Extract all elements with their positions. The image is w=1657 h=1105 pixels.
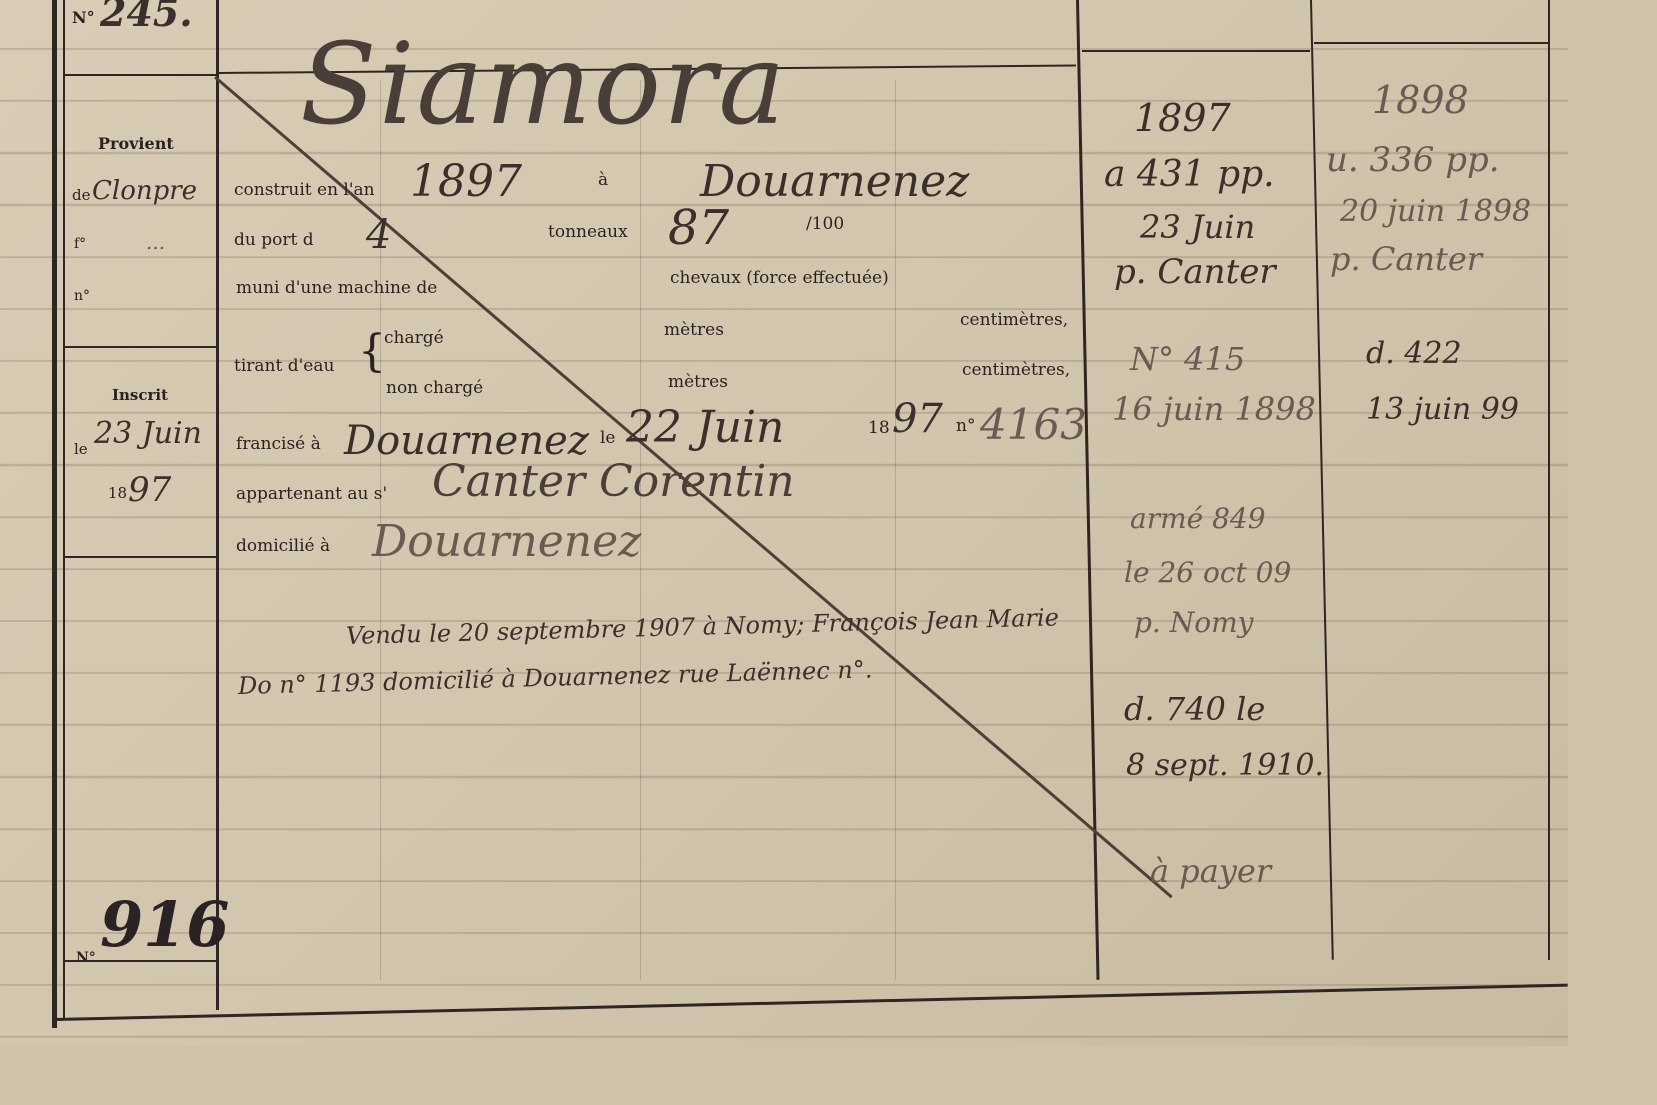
col1897-line9: d. 740 le xyxy=(1124,690,1265,728)
brace-icon: { xyxy=(358,326,386,377)
col1898-line4: d. 422 xyxy=(1366,336,1462,371)
construit-place: Douarnenez xyxy=(700,156,969,207)
francise-date: 22 Juin xyxy=(626,402,784,453)
chevaux-label: chevaux (force effectuée) xyxy=(670,268,889,288)
sale-note-line-2: Do n° 1193 domicilié à Douarnenez rue La… xyxy=(238,655,873,700)
col1898-line1: u. 336 pp. xyxy=(1326,140,1500,180)
bottom-border xyxy=(55,984,1568,1021)
a-label: à xyxy=(598,170,608,190)
francise-year-suffix: 97 xyxy=(892,396,943,442)
domicile-label: domicilié à xyxy=(236,536,330,556)
folio-value: ... xyxy=(146,230,165,254)
metres-label-non-charge: mètres xyxy=(668,372,728,392)
domicile-value: Douarnenez xyxy=(372,516,641,567)
metres-label-charge: mètres xyxy=(664,320,724,340)
folio-label: f° xyxy=(74,236,86,252)
entry-number-value: 245. xyxy=(100,0,193,35)
port-label: du port d xyxy=(234,230,314,250)
register-page: N° 245. Provient de Clonpre f° ... n° In… xyxy=(0,0,1568,1046)
col1898-line2: 20 juin 1898 xyxy=(1340,194,1531,229)
inscrit-label: Inscrit xyxy=(112,386,168,404)
francise-year-prefix: 18 xyxy=(868,418,890,438)
centimetres-label-non-charge: centimètres, xyxy=(962,360,1070,380)
col1897-line2: 23 Juin xyxy=(1140,208,1255,246)
col1897-line5: 16 juin 1898 xyxy=(1112,390,1316,428)
construit-label: construit en l'an xyxy=(234,180,375,200)
tonneaux-label: tonneaux xyxy=(548,222,628,242)
col1898-year: 1898 xyxy=(1372,78,1469,122)
col1897-line7: le 26 oct 09 xyxy=(1124,556,1291,589)
col1897-line10: 8 sept. 1910. xyxy=(1126,748,1324,783)
col1897-line6: armé 849 xyxy=(1130,502,1266,535)
col1897-line11: à payer xyxy=(1150,852,1271,890)
col1897-year: 1897 xyxy=(1134,96,1231,140)
guide-line xyxy=(895,80,896,980)
non-charge-label: non chargé xyxy=(386,378,483,398)
francise-le-label: le xyxy=(600,428,616,448)
port-value: 4 xyxy=(366,212,391,258)
col1897-line1: a 431 pp. xyxy=(1104,154,1275,195)
col1898-line3: p. Canter xyxy=(1330,240,1482,278)
appartenant-label: appartenant au s' xyxy=(236,484,387,504)
tonneaux-fraction: /100 xyxy=(806,214,844,234)
col1898-line5: 13 juin 99 xyxy=(1366,392,1519,427)
provient-value: Clonpre xyxy=(92,176,197,206)
header-separator-left xyxy=(65,74,216,76)
inscrit-date: 23 Juin xyxy=(94,416,202,451)
vessel-name: Siamora xyxy=(300,20,787,150)
header-separator-1898 xyxy=(1314,42,1548,44)
sale-note-line-1: Vendu le 20 septembre 1907 à Nomy; Franç… xyxy=(346,603,1060,650)
main-column-border xyxy=(216,0,219,1010)
owner-name: Canter Corentin xyxy=(432,456,795,507)
inscrit-year-suffix: 97 xyxy=(128,470,171,510)
numero-label: n° xyxy=(74,288,90,304)
right-edge-border xyxy=(1548,0,1550,960)
col1897-line4: N° 415 xyxy=(1130,340,1245,378)
francise-no-label: n° xyxy=(956,416,975,436)
francise-no-value: 4163 xyxy=(980,400,1087,449)
col1897-line8: p. Nomy xyxy=(1134,606,1253,639)
machine-label: muni d'une machine de xyxy=(236,278,437,298)
left-separator-1 xyxy=(65,346,216,348)
inscrit-le-label: le xyxy=(74,440,88,458)
entry-number-label: N° xyxy=(72,8,95,27)
col1897-line3: p. Canter xyxy=(1114,252,1276,292)
construit-year: 1897 xyxy=(410,156,522,207)
provient-label: Provient xyxy=(98,134,174,153)
left-column-border xyxy=(63,0,65,1020)
centimetres-label-charge: centimètres, xyxy=(960,310,1068,330)
tirant-label: tirant d'eau xyxy=(234,356,334,376)
de-label: de xyxy=(72,186,90,204)
header-separator-1897 xyxy=(1082,50,1310,52)
charge-label: chargé xyxy=(384,328,444,348)
bottom-number-value: 916 xyxy=(100,888,229,961)
francise-label: francisé à xyxy=(236,434,321,454)
tonneaux-value: 87 xyxy=(668,200,729,256)
bottom-number-label: N° xyxy=(76,950,96,966)
left-separator-2 xyxy=(65,556,216,558)
inscrit-year-prefix: 18 xyxy=(108,484,127,502)
outer-left-border xyxy=(52,0,57,1028)
